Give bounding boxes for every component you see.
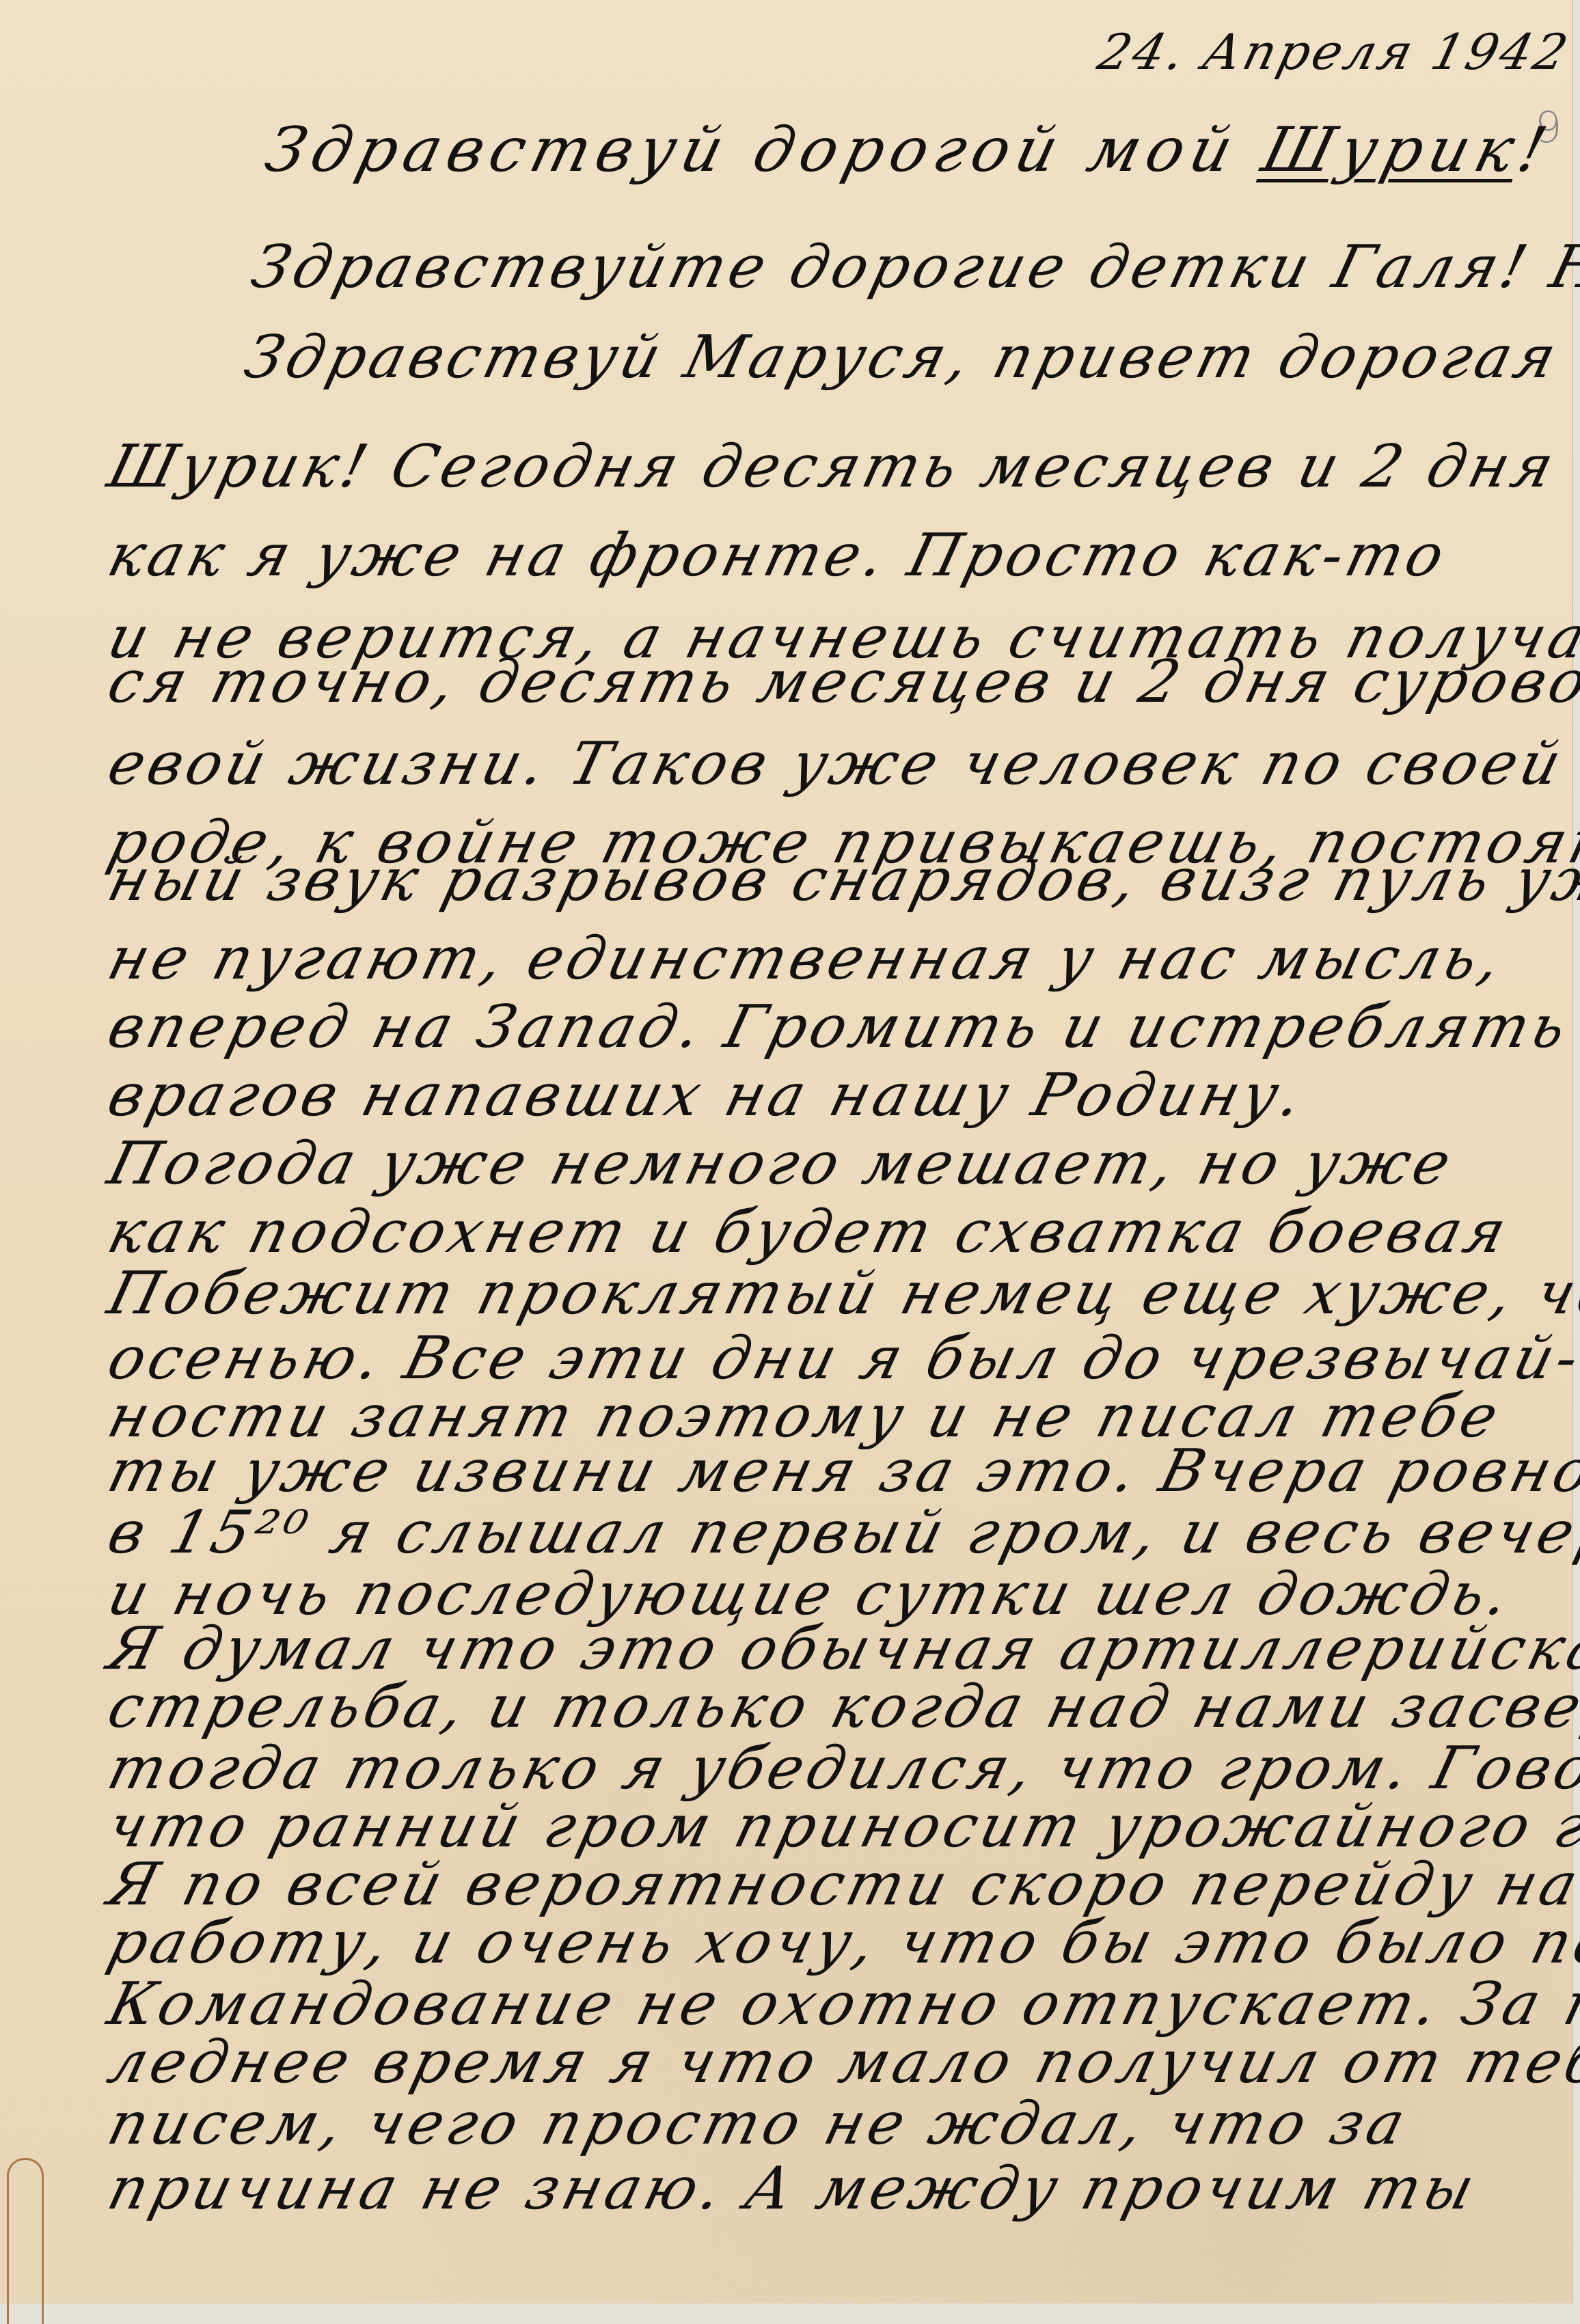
letter-line: как подсохнет и будет схватка боевая <box>103 1203 1516 1261</box>
letter-line: в 15²⁰ я слышал первый гром, и весь вече… <box>103 1503 1580 1562</box>
letter-line: Побежит проклятый немец еще хуже, чем <box>103 1264 1580 1323</box>
letter-line: леднее время я что мало получил от тебя <box>103 2033 1580 2092</box>
letter-page: 24. Апреля 1942 г. 9 Здравствуй дорогой … <box>0 0 1573 2304</box>
letter-line: евой жизни. Таков уже человек по своей п… <box>103 735 1580 793</box>
paperclip-rust-stain <box>7 2158 44 2304</box>
letter-line: ты уже извини меня за это. Вчера ровно <box>103 1442 1580 1501</box>
letter-line: осенью. Все эти дни я был до чрезвычай- <box>103 1329 1580 1388</box>
letter-line: ный звук разрывов снарядов, визг пуль уж… <box>103 851 1580 910</box>
letter-date: 24. Апреля 1942 г. <box>1093 27 1580 77</box>
letter-line: врагов напавших на нашу Родину. <box>103 1066 1311 1125</box>
letter-line: что ранний гром приносит урожайного года <box>103 1797 1580 1856</box>
letter-line: как я уже на фронте. Просто как-то <box>103 526 1454 585</box>
letter-line: ся точно, десять месяцев и 2 дня суровой… <box>103 653 1580 711</box>
letter-line: причина не знаю. А между прочим ты <box>103 2159 1484 2218</box>
letter-line: Здравствуйте дорогие детки Галя! Нина! <box>246 238 1580 297</box>
greeting-name: Шурик <box>1255 114 1529 186</box>
letter-line: Погода уже немного мешает, но уже <box>103 1134 1460 1193</box>
letter-line: Я по всей вероятности скоро перейду на н… <box>103 1855 1580 1914</box>
letter-line: не пугают, единственная у нас мысль, <box>103 929 1510 988</box>
letter-line: тогда только я убедился, что гром. Говор… <box>103 1739 1580 1798</box>
greeting-prefix: Здравствуй дорогой мой <box>258 114 1273 186</box>
letter-greeting: Здравствуй дорогой мой Шурик! <box>260 120 1559 181</box>
letter-line: вперед на Запад. Громить и истреблять <box>103 998 1576 1056</box>
letter-line: стрельба, и только когда над нами засвер… <box>103 1678 1580 1736</box>
letter-line: Шурик! Сегодня десять месяцев и 2 дня <box>103 437 1563 496</box>
letter-line: Я думал что это обычная артиллерийская <box>103 1619 1580 1678</box>
letter-line: работу, и очень хочу, что бы это было по… <box>103 1913 1580 1972</box>
letter-line: писем, чего просто не ждал, что за <box>103 2094 1414 2153</box>
letter-line: Здравствуй Маруся, привет дорогая семья. <box>239 328 1580 387</box>
letter-line: Командование не охотно отпускает. За пос… <box>103 1975 1580 2034</box>
